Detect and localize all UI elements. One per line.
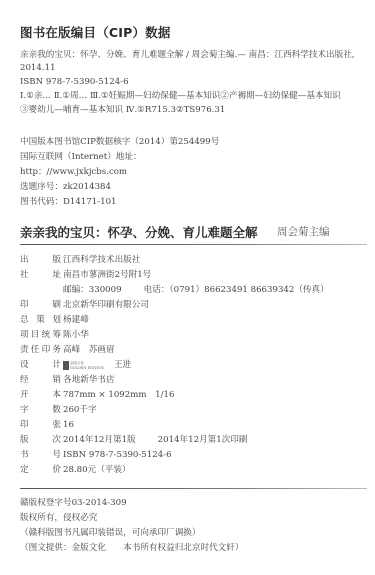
chief-planner-label: 总策划 — [20, 314, 61, 327]
cip-entry-line2: 2014.11 — [20, 62, 56, 74]
book-editor: 周会菊主编 — [277, 224, 330, 239]
internet-label: 国际互联网（Internet）地址： — [20, 151, 142, 163]
row-printer: 印 刷北京新华印刷有限公司 — [20, 299, 149, 312]
print-manager-value: 高峰 苏画眉 — [63, 344, 115, 357]
printer-label: 印 刷 — [20, 299, 61, 312]
format-value: 787mm × 1092mm 1/16 — [63, 389, 174, 402]
printing-value: 2014年12月第1次印刷 — [158, 434, 248, 447]
sheets-label: 印 张 — [20, 419, 61, 432]
format-label: 开 本 — [20, 389, 61, 402]
row-sheets: 印 张16 — [20, 419, 74, 432]
cip-entry-line1: 亲亲我的宝贝：怀孕、分娩、育儿难题全解 / 周会菊主编.— 南昌：江西科学技术出… — [20, 49, 355, 61]
divider-bottom — [20, 488, 367, 489]
row-edition: 版 次2014年12月第1版2014年12月第1次印刷 — [20, 434, 248, 447]
design-label: 设 计 — [20, 359, 61, 372]
phone: 电话：（0791）86623491 86639342（传真） — [144, 284, 329, 297]
copyright-registration: 赣版权登字号03-2014-309 — [20, 497, 127, 509]
cip-verification: 中国版本图书馆CIP数据核字（2014）第254499号 — [20, 136, 219, 148]
book-code: 图书代码：D14171-101 — [20, 196, 117, 208]
design-value: 王进 — [114, 359, 131, 372]
postcode: 邮编：330009 — [63, 284, 122, 297]
golden-edition-logo: 金版文化GOLDEN EDITION — [63, 361, 104, 370]
publisher-value: 江西科学技术出版社 — [63, 254, 140, 267]
distributor-value: 各地新华书店 — [63, 374, 115, 387]
topic-number: 选题序号：zk2014384 — [20, 181, 111, 193]
edition-value: 2014年12月第1版 — [63, 434, 136, 447]
row-price: 定 价28.80元（平装） — [20, 464, 131, 477]
publisher-label: 出 版 — [20, 254, 61, 267]
rights-notice: 版权所有，侵权必究 — [20, 512, 97, 524]
row-distributor: 经 销各地新华书店 — [20, 374, 115, 387]
price-value: 28.80元（平装） — [63, 464, 131, 477]
cip-isbn: ISBN 978-7-5390-5124-6 — [20, 76, 129, 88]
row-word-count: 字 数260千字 — [20, 404, 97, 417]
website-link[interactable]: http：//www.jxkjcbs.com — [20, 166, 127, 178]
sheets-value: 16 — [63, 419, 74, 432]
row-chief-planner: 总策划杨建峰 — [20, 314, 89, 327]
printer-value: 北京新华印刷有限公司 — [63, 299, 149, 312]
cip-heading: 图书在版编目（CIP）数据 — [20, 23, 171, 41]
row-format: 开 本787mm × 1092mm 1/16 — [20, 389, 174, 402]
price-label: 定 价 — [20, 464, 61, 477]
row-isbn: 书 号ISBN 978-7-5390-5124-6 — [20, 449, 172, 462]
project-coordinator-label: 项目统筹 — [20, 329, 61, 342]
word-count-value: 260千字 — [63, 404, 97, 417]
divider-top — [20, 244, 367, 245]
row-address: 社 址南昌市蓼洲街2号附1号 — [20, 269, 151, 282]
isbn-value: ISBN 978-7-5390-5124-6 — [63, 449, 172, 462]
project-coordinator-value: 陈小华 — [63, 329, 89, 342]
book-title: 亲亲我的宝贝：怀孕、分娩、育儿难题全解 — [20, 223, 258, 241]
edition-label: 版 次 — [20, 434, 61, 447]
row-contact: 邮编：330009电话：（0791）86623491 86639342（传真） — [20, 284, 329, 297]
address-label: 社 址 — [20, 269, 61, 282]
row-publisher: 出 版江西科学技术出版社 — [20, 254, 140, 267]
copyright-page: 图书在版编目（CIP）数据 亲亲我的宝贝：怀孕、分娩、育儿难题全解 / 周会菊主… — [0, 0, 375, 575]
row-project-coordinator: 项目统筹陈小华 — [20, 329, 89, 342]
cip-subjects-line2: ③婴幼儿—哺育—基本知识 Ⅳ.①R715.3②TS976.31 — [20, 104, 225, 116]
print-manager-label: 责任印务 — [20, 344, 61, 357]
address-value: 南昌市蓼洲街2号附1号 — [63, 269, 151, 282]
isbn-label: 书 号 — [20, 449, 61, 462]
print-error-notice: （赣科版图书凡属印装错误，可向承印厂调换） — [20, 527, 200, 539]
chief-planner-value: 杨建峰 — [63, 314, 89, 327]
row-design: 设 计金版文化GOLDEN EDITION王进 — [20, 359, 131, 372]
distributor-label: 经 销 — [20, 374, 61, 387]
cip-subjects-line1: Ⅰ.①亲… Ⅱ.①周… Ⅲ.①妊娠期—妇幼保健—基本知识②产褥期—妇幼保健—基本… — [20, 90, 341, 102]
word-count-label: 字 数 — [20, 404, 61, 417]
logo-mark-icon — [63, 361, 69, 370]
row-print-manager: 责任印务高峰 苏画眉 — [20, 344, 115, 357]
image-credit: （图文提供：金版文化 本书所有权益归北京时代文轩） — [20, 542, 243, 554]
